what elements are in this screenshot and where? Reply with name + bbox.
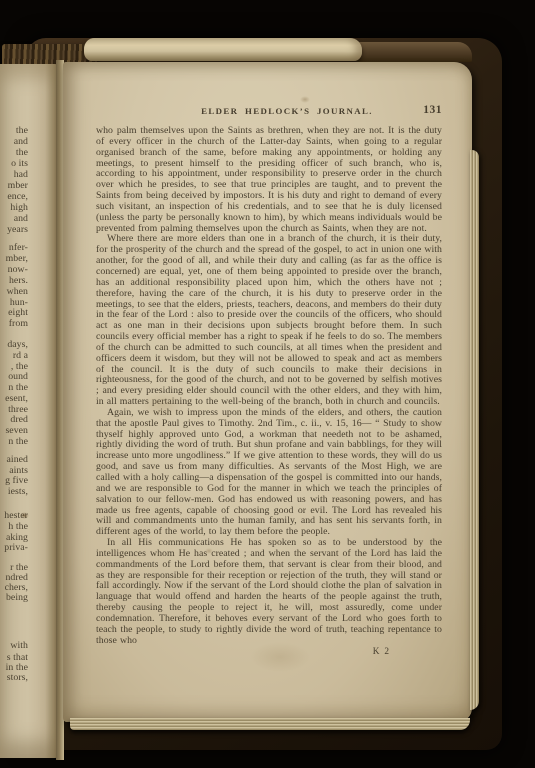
page-edge-text-fragment: seven [5,426,28,436]
page-stack-fore-edge [470,150,479,710]
page-stack-bottom-edge [70,718,470,730]
paragraph: who palm themselves upon the Saints as b… [96,126,442,234]
page-edge-text-fragment: stors, [7,673,28,683]
page-edge-text-fragment: esent, [5,394,28,404]
book-photo: the and the o its had mber ence, high an… [0,0,535,768]
page-edge-text-fragment: had [14,170,28,180]
page-edge-text-fragment: h the [8,522,28,532]
page-edge-text-fragment: eight [8,308,28,318]
page-number: 131 [423,104,442,116]
signature-mark: K 2 [96,647,442,658]
page-edge-text-fragment: the [16,148,28,158]
page-edge-text-fragment: and [14,214,28,224]
page-edge-text-fragment: o its [11,159,28,169]
page-edge-text-fragment: mber [8,181,28,191]
page-edge-text-fragment: mber, [6,254,28,264]
page-edge-text-fragment: dred [10,415,28,425]
page-edge-text-fragment: when [7,287,28,297]
page-edge-text-fragment: years [7,225,28,235]
page-edge-text-fragment: and [14,137,28,147]
paragraph: In all His communications He has spoken … [96,538,442,646]
page-edge-text-fragment: hester [4,511,28,521]
page-edge-text-fragment: priva- [4,543,28,553]
page-edge-text-fragment: ound [8,372,28,382]
book-page: ELDER HEDLOCK’S JOURNAL. 131 who palm th… [63,62,472,722]
page-edge-text-fragment: hers. [9,276,28,286]
paragraph: Again, we wish to impress upon the minds… [96,408,442,538]
page-edge-text-fragment: days, [7,340,28,350]
page-edge-text-fragment: from [9,319,28,329]
page-body-text: who palm themselves upon the Saints as b… [96,126,442,657]
page-edge-text-fragment: ence, [7,192,28,202]
page-edge-text-fragment: ained [7,455,28,465]
page-edge-text-fragment: n the [8,437,28,447]
journal-title: ELDER HEDLOCK’S JOURNAL. [96,106,442,116]
page-edge-text-fragment: with [10,641,28,651]
paragraph: Where there are more elders than one in … [96,234,442,408]
page-edge-text-fragment: nfer- [9,243,28,253]
cover-top-edge [356,42,472,62]
page-edge-text-fragment: the [16,126,28,136]
page-edge-text-fragment: high [10,203,28,213]
curled-page-top-edge [84,38,362,61]
page-edge-text-fragment: n the [8,383,28,393]
previous-page-text-fragments: the and the o its had mber ence, high an… [0,0,31,768]
page-edge-text-fragment: iests, [8,487,28,497]
page-edge-text-fragment: g five [5,476,28,486]
page-edge-text-fragment: now- [8,265,28,275]
page-edge-text-fragment: being [6,593,28,603]
running-head: ELDER HEDLOCK’S JOURNAL. 131 [96,106,442,120]
page-edge-text-fragment: rd a [13,351,28,361]
